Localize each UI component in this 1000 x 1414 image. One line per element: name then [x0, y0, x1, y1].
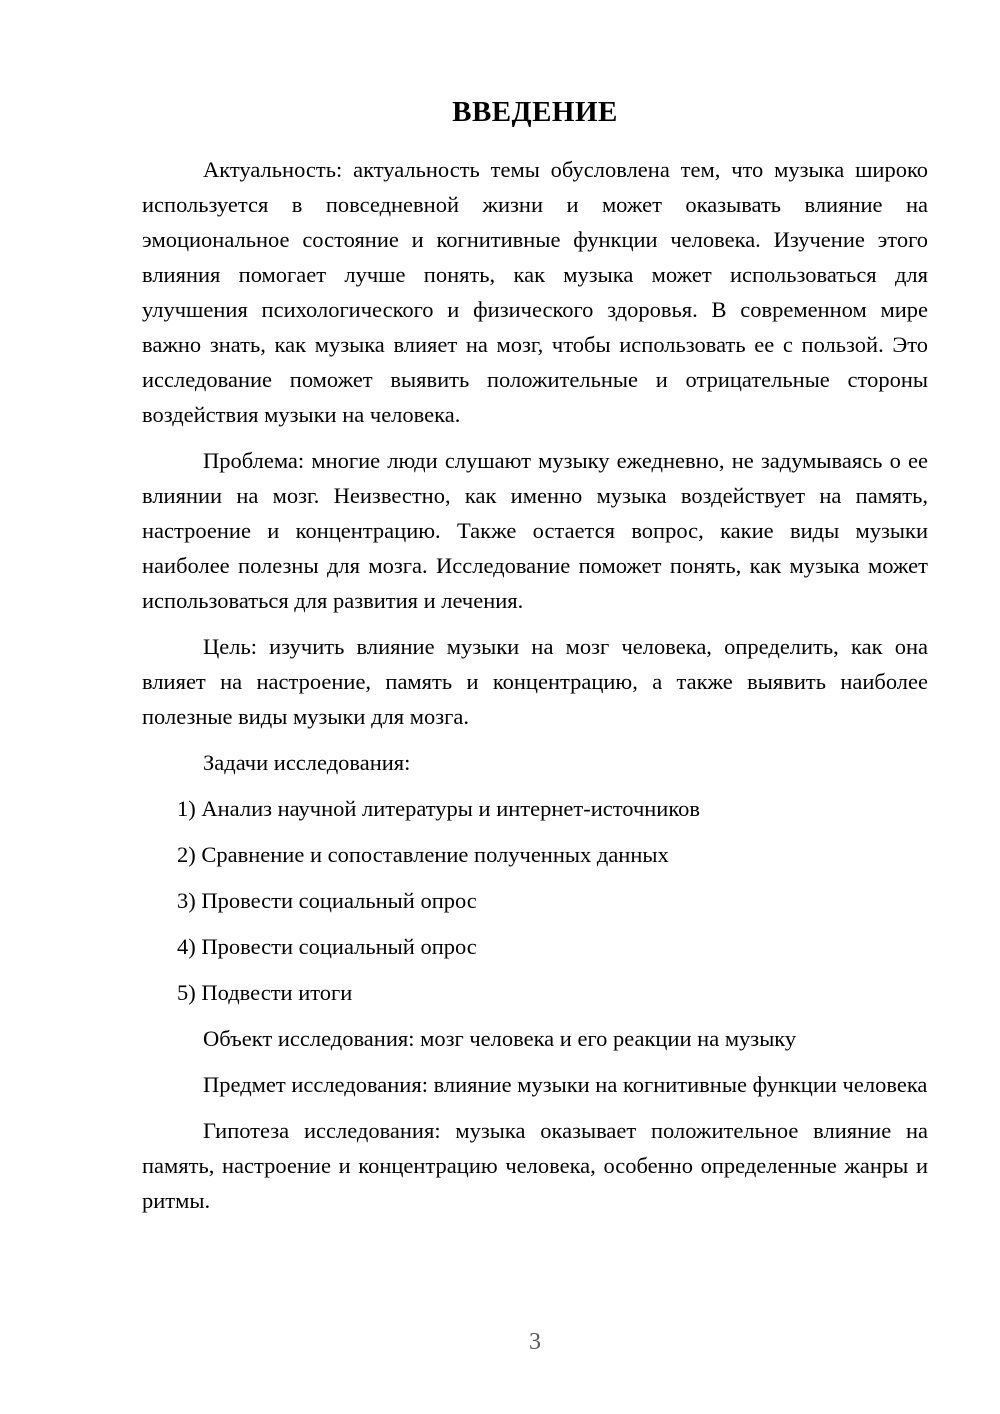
task-item-4: 4) Провести социальный опрос — [177, 929, 928, 964]
task-item-1: 1) Анализ научной литературы и интернет-… — [177, 791, 928, 826]
task-item-5: 5) Подвести итоги — [177, 975, 928, 1010]
tasks-heading: Задачи исследования: — [142, 745, 928, 780]
text-column: ВВЕДЕНИЕ Актуальность: актуальность темы… — [142, 92, 928, 1229]
paragraph-problem: Проблема: многие люди слушают музыку еже… — [142, 443, 928, 618]
page-number: 3 — [142, 1327, 928, 1357]
paragraph-relevance: Актуальность: актуальность темы обусловл… — [142, 152, 928, 432]
task-item-3: 3) Провести социальный опрос — [177, 883, 928, 918]
document-page: ВВЕДЕНИЕ Актуальность: актуальность темы… — [0, 0, 1000, 1414]
paragraph-hypothesis: Гипотеза исследования: музыка оказывает … — [142, 1113, 928, 1218]
paragraph-goal: Цель: изучить влияние музыки на мозг чел… — [142, 629, 928, 734]
page-title: ВВЕДЕНИЕ — [142, 92, 928, 132]
paragraph-object: Объект исследования: мозг человека и его… — [142, 1021, 928, 1056]
paragraph-subject: Предмет исследования: влияние музыки на … — [142, 1067, 928, 1102]
task-item-2: 2) Сравнение и сопоставление полученных … — [177, 837, 928, 872]
